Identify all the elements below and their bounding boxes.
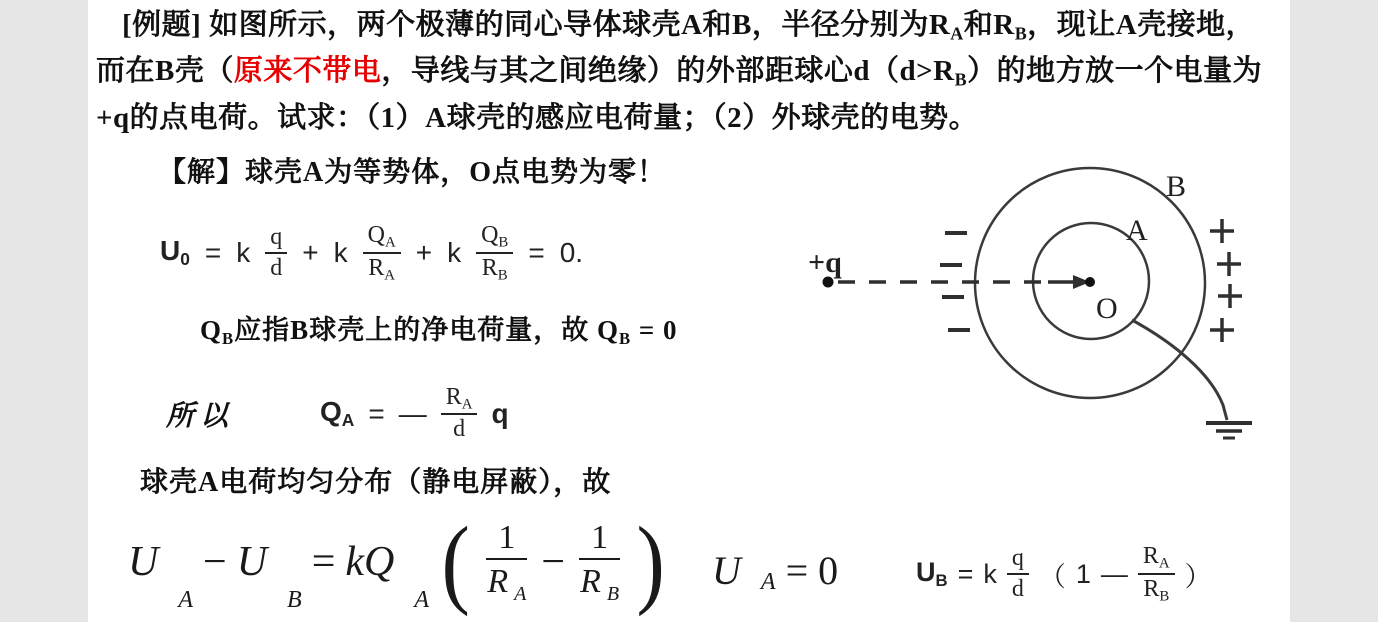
- induced-positive-charges-icon: [1210, 219, 1242, 342]
- open-paren: (: [442, 512, 470, 612]
- var-q: q: [491, 398, 508, 430]
- note-text: = 0: [631, 315, 677, 345]
- problem-statement: [例题] 如图所示，两个极薄的同心导体球壳A和B，半径分别为RA和RB，现让A壳…: [96, 6, 1284, 137]
- var-ub: U: [237, 538, 267, 586]
- problem-text: 和R: [964, 9, 1015, 41]
- subscript: B: [955, 70, 968, 90]
- var-qa: QA: [320, 396, 354, 431]
- fraction-q-over-d: q d: [265, 224, 287, 282]
- equation-u0: U0 = k q d + k QA RA + k QB RB = 0.: [160, 220, 583, 286]
- note-text: 应指B球壳上的净电荷量，故: [234, 315, 597, 345]
- minus-sign: —: [399, 398, 427, 430]
- equals-sign: =: [205, 237, 221, 269]
- minus-sign: —: [1101, 559, 1128, 590]
- value-one: 1: [1076, 559, 1091, 590]
- concentric-shells-diagram: +q B A O: [790, 150, 1280, 460]
- const-k: k: [236, 237, 250, 269]
- fraction-1-over-rb: 1 RB: [579, 518, 620, 607]
- plus-sign: +: [416, 237, 432, 269]
- subscript: B: [287, 587, 302, 614]
- var-kqa: kQ: [345, 538, 394, 586]
- subscript: B: [1015, 23, 1028, 43]
- var-qb: QB: [597, 315, 631, 345]
- equals-sign: =: [958, 559, 974, 590]
- var-u0: U0: [160, 235, 190, 270]
- fraction-ra-over-d: RA d: [441, 384, 478, 444]
- const-k: k: [983, 559, 997, 590]
- problem-text: [例题] 如图所示，两个极薄的同心导体球壳A和B，半径分别为R: [122, 9, 950, 41]
- close-paren: ）: [1185, 555, 1212, 594]
- const-k: k: [447, 237, 461, 269]
- var-ub: UB: [916, 557, 948, 591]
- equation-qa: 所以 QA = — RA d q: [166, 386, 509, 442]
- problem-text: ，导线与其之间绝缘）的外部距球心d（d>R: [381, 55, 954, 87]
- highlighted-text: 原来不带电: [234, 55, 382, 87]
- slide-content-area: [例题] 如图所示，两个极薄的同心导体球壳A和B，半径分别为RA和RB，现让A壳…: [88, 0, 1290, 622]
- equation-ub: UB = k q d （ 1 — RA RB ）: [916, 534, 1212, 614]
- close-paren: ): [637, 512, 665, 612]
- minus-sign: −: [541, 538, 565, 586]
- qb-note: QB应指B球壳上的净电荷量，故 QB = 0: [200, 308, 678, 349]
- center-label: O: [1096, 292, 1118, 325]
- equals-sign: =: [528, 237, 544, 269]
- equation-ua-zero: U A = 0: [712, 540, 838, 600]
- ground-symbol-icon: [1206, 423, 1252, 438]
- var-ua: U: [128, 538, 158, 586]
- fraction-1-over-ra: 1 RA: [486, 518, 527, 607]
- plus-sign: +: [302, 237, 318, 269]
- subscript: A: [761, 569, 776, 596]
- solution-step-1: 【解】球壳A为等势体，O点电势为零！: [158, 150, 666, 190]
- equals-sign: =: [368, 398, 384, 430]
- equation-ua-minus-ub: U A − U B = kQ A ( 1 RA − 1 RB ): [128, 506, 667, 618]
- subscript: A: [950, 23, 963, 43]
- center-dot: [1085, 277, 1095, 287]
- inner-shell-label: A: [1126, 214, 1148, 247]
- subscript: A: [414, 587, 429, 614]
- ground-wire: [1132, 320, 1227, 420]
- var-qb: QB: [200, 315, 234, 345]
- equals-sign: =: [312, 538, 336, 586]
- therefore-label: 所以: [166, 394, 234, 434]
- minus-sign: −: [203, 538, 227, 586]
- equals-sign: =: [786, 547, 809, 594]
- const-k: k: [334, 237, 348, 269]
- var-ua: U: [712, 547, 741, 594]
- charge-label: +q: [808, 246, 842, 279]
- value-zero: 0: [818, 547, 838, 594]
- fraction-qa-over-ra: QA RA: [363, 222, 401, 284]
- fraction-qb-over-rb: QB RB: [476, 222, 513, 284]
- fraction-q-over-d: q d: [1007, 545, 1029, 603]
- open-paren: （: [1039, 555, 1066, 594]
- slide: { "problem": { "seg1": "[例题] 如图所示，两个极薄的同…: [0, 0, 1378, 622]
- fraction-ra-over-rb: RA RB: [1138, 543, 1175, 605]
- outer-shell-label: B: [1166, 170, 1186, 203]
- value-zero: 0.: [560, 237, 583, 269]
- subscript: A: [178, 587, 193, 614]
- solution-shield-note: 球壳A电荷均匀分布（静电屏蔽），故: [140, 460, 611, 500]
